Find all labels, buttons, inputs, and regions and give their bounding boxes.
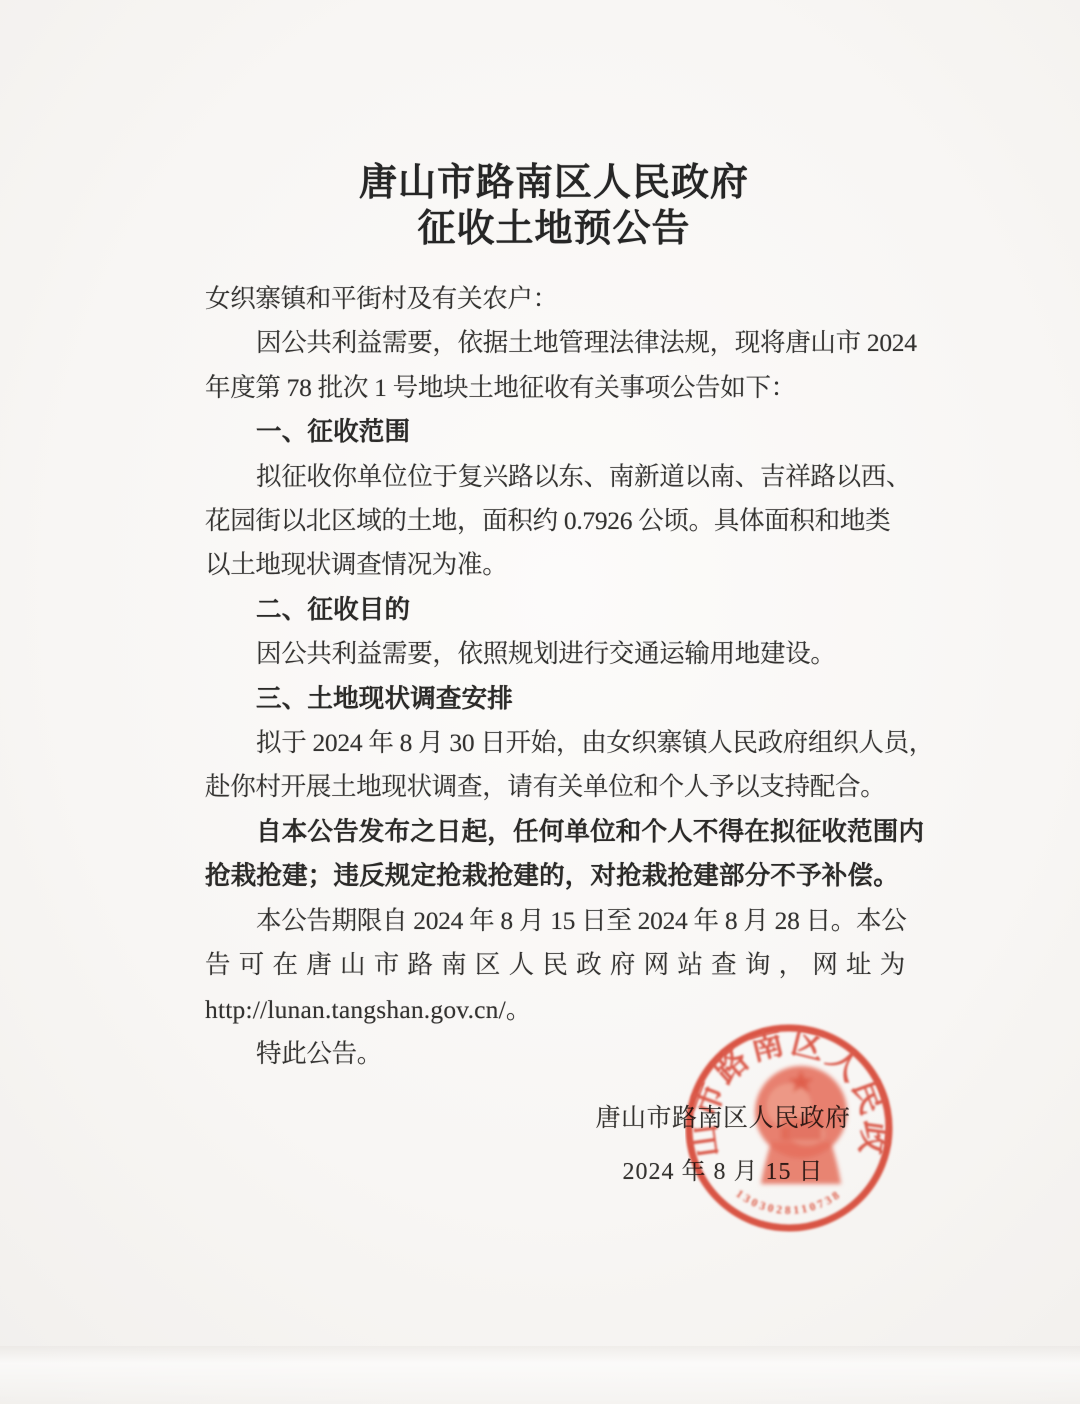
body-line: 以土地现状调查情况为准。 — [205, 543, 905, 587]
national-emblem — [755, 1066, 847, 1184]
body-line: 本公告期限自 2024 年 8 月 15 日至 2024 年 8 月 28 日。… — [205, 899, 905, 943]
official-seal: 唐山市路南区人民政府 1303028110738 — [685, 1014, 897, 1234]
body-line: 拟于 2024 年 8 月 30 日开始，由女织寨镇人民政府组织人员， — [205, 721, 905, 765]
body-line: 因公共利益需要，依照规划进行交通运输用地建设。 — [205, 632, 905, 676]
document-title: 唐山市路南区人民政府 征收土地预公告 — [205, 160, 903, 252]
body-line: 因公共利益需要，依据土地管理法律法规，现将唐山市 2024 — [205, 321, 905, 365]
warning-line: 抢栽抢建；违反规定抢栽抢建的，对抢栽抢建部分不予补偿。 — [205, 854, 905, 898]
body-line: 花园街以北区域的土地，面积约 0.7926 公顷。具体面积和地类 — [205, 499, 905, 543]
body-line: 年度第 78 批次 1 号地块土地征收有关事项公告如下： — [205, 366, 905, 410]
section-1-heading: 一、征收范围 — [205, 410, 905, 454]
document-title-line2: 征收土地预公告 — [205, 206, 903, 252]
body-line: 赴你村开展土地现状调查，请有关单位和个人予以支持配合。 — [205, 765, 905, 809]
section-2-heading: 二、征收目的 — [205, 588, 905, 632]
warning-line: 自本公告发布之日起，任何单位和个人不得在拟征收范围内 — [205, 810, 905, 854]
body-line: 告可在唐山市路南区人民政府网站查询，网址为 — [205, 943, 905, 987]
seal-code: 1303028110738 — [734, 1188, 845, 1217]
section-3-heading: 三、土地现状调查安排 — [205, 677, 905, 721]
body-line: 拟征收你单位位于复兴路以东、南新道以南、吉祥路以西、 — [205, 455, 905, 499]
paper-edge-shadow — [0, 1346, 1080, 1404]
scanned-document-page: 唐山市路南区人民政府 征收土地预公告 女织寨镇和平街村及有关农户： 因公共利益需… — [0, 0, 1080, 1404]
salutation-line: 女织寨镇和平街村及有关农户： — [205, 277, 905, 321]
document-title-line1: 唐山市路南区人民政府 — [205, 160, 903, 206]
document-body: 女织寨镇和平街村及有关农户： 因公共利益需要，依据土地管理法律法规，现将唐山市 … — [205, 277, 905, 1076]
